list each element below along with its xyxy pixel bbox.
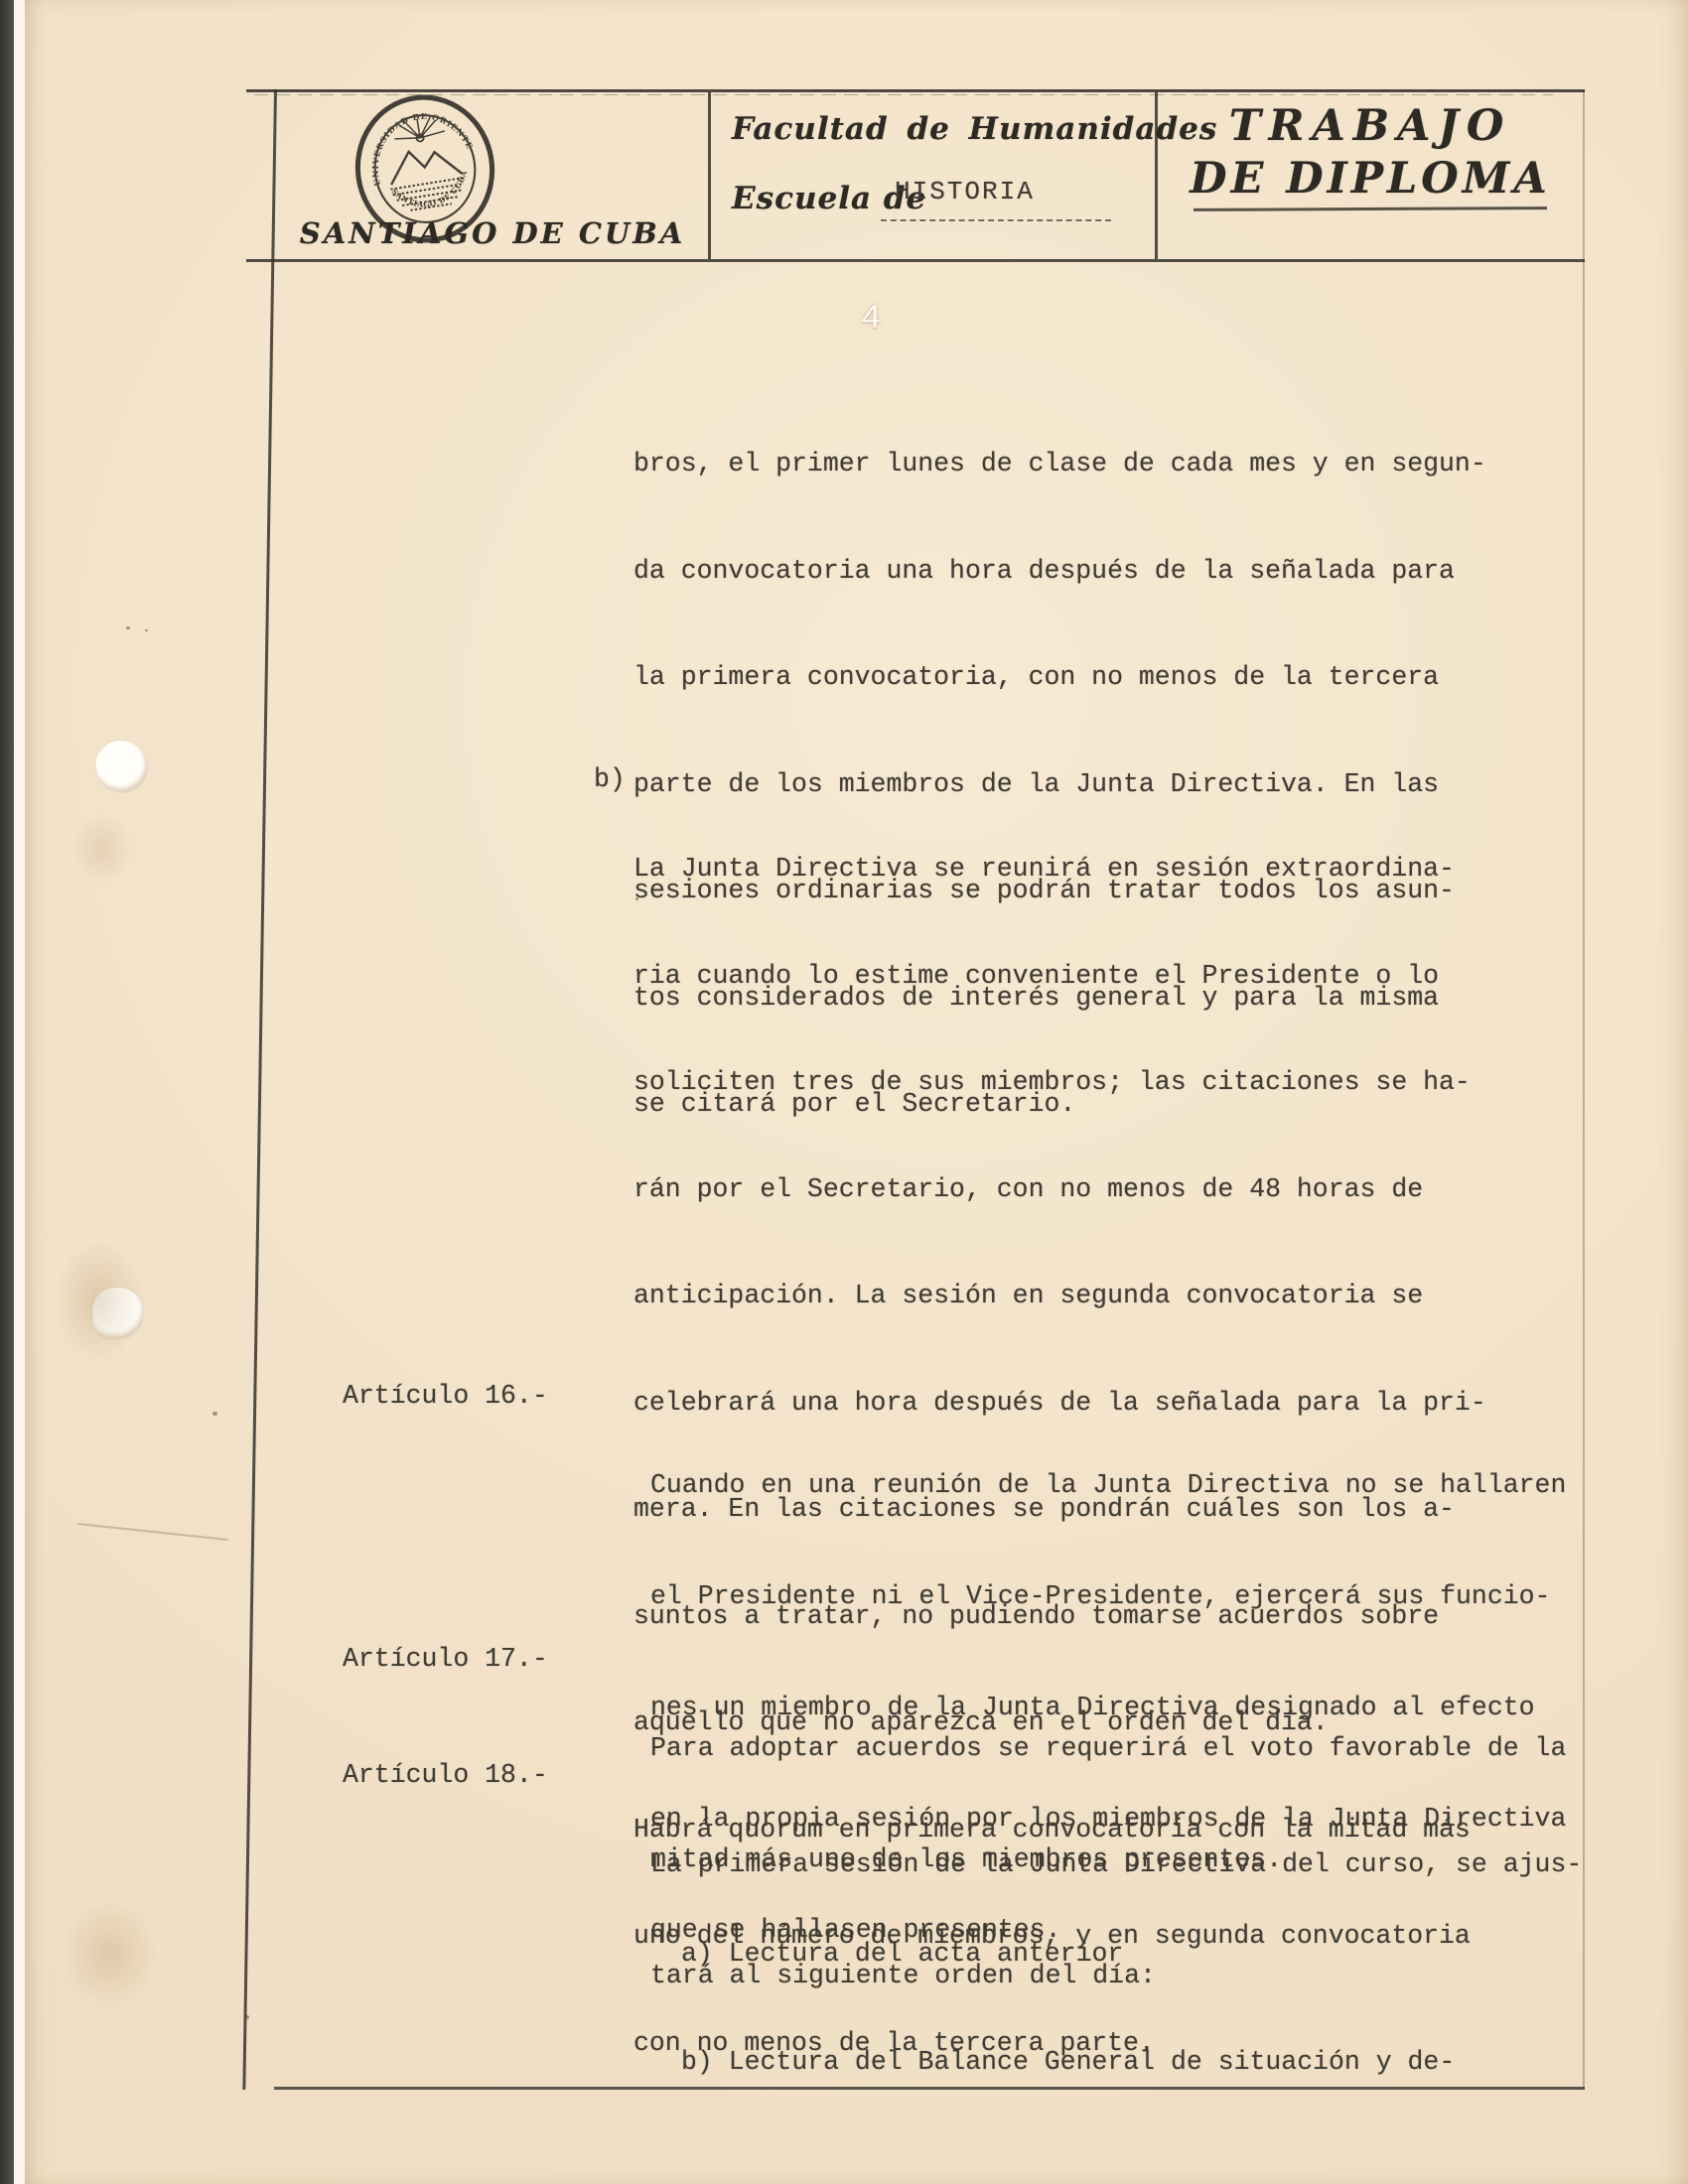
work-type-line2: DE DIPLOMA: [1156, 154, 1585, 204]
typed-line: la primera convocatoria, con no menos de…: [633, 654, 1486, 702]
paper-speck: [145, 629, 148, 631]
paper-stain: [55, 1241, 144, 1360]
institution-city-label: SANTIAGO DE CUBA: [276, 216, 709, 250]
typed-line: ria cuando lo estime conveniente el Pres…: [633, 953, 1486, 1001]
typed-line: Cuando en una reunión de la Junta Direct…: [650, 1459, 1566, 1511]
paper-stain: [72, 814, 132, 884]
typed-line: soliciten tres de sus miembros; las cita…: [633, 1059, 1486, 1107]
paper-stain: [63, 1901, 157, 2005]
punch-hole: [95, 741, 147, 792]
frame-right-rule: [1583, 89, 1585, 2090]
paper-speck: [212, 1412, 217, 1416]
articulo-16-label: Artículo 16.-: [343, 1370, 548, 1422]
paper-speck: [635, 897, 638, 900]
orden-del-dia-list: a) Lectura del acta anterior b) Lectura …: [681, 1870, 1455, 2145]
work-type-line1: TRABAJO: [1156, 101, 1585, 151]
typed-line: el Presidente ni el Vice-Presidente, eje…: [650, 1570, 1566, 1622]
item-label: b): [594, 756, 626, 804]
school-field-underline: [881, 219, 1111, 221]
typed-line: a) Lectura del acta anterior: [681, 1930, 1455, 1979]
paper-speck: [126, 626, 130, 629]
typed-line: da convocatoria una hora después de la s…: [633, 548, 1486, 596]
header-bottom-rule: [246, 259, 1585, 262]
faculty-label: Facultad de Humanidades: [732, 111, 1217, 147]
typed-line: bros, el primer lunes de clase de cada m…: [633, 441, 1486, 488]
paper-sheet: UNIVERSIDAD DE ORIENTE SANTIAGO DE CUBA: [25, 0, 1688, 2184]
paper-crease: [77, 1523, 227, 1541]
page-number: 4: [861, 301, 881, 339]
frame-left-rule: [242, 89, 277, 2090]
typed-line: anticipación. La sesión en segunda convo…: [633, 1273, 1486, 1320]
page-edge-white-strip: [14, 0, 25, 2184]
scanned-document-page: UNIVERSIDAD DE ORIENTE SANTIAGO DE CUBA: [0, 0, 1688, 2184]
typed-line: rán por el Secretario, con no menos de 4…: [633, 1166, 1486, 1214]
paper-speck: [245, 2015, 249, 2019]
typed-line: b) Lectura del Balance General de situac…: [681, 2038, 1455, 2087]
articulo-18-label: Artículo 18.-: [343, 1749, 548, 1801]
typed-line: La Junta Directiva se reunirá en sesión …: [633, 846, 1486, 893]
scanner-edge-strip: [0, 0, 14, 2184]
articulo-17-label: Artículo 17.-: [343, 1633, 548, 1685]
work-type-underline: [1194, 206, 1547, 211]
school-field-value: HISTORIA: [895, 177, 1035, 206]
